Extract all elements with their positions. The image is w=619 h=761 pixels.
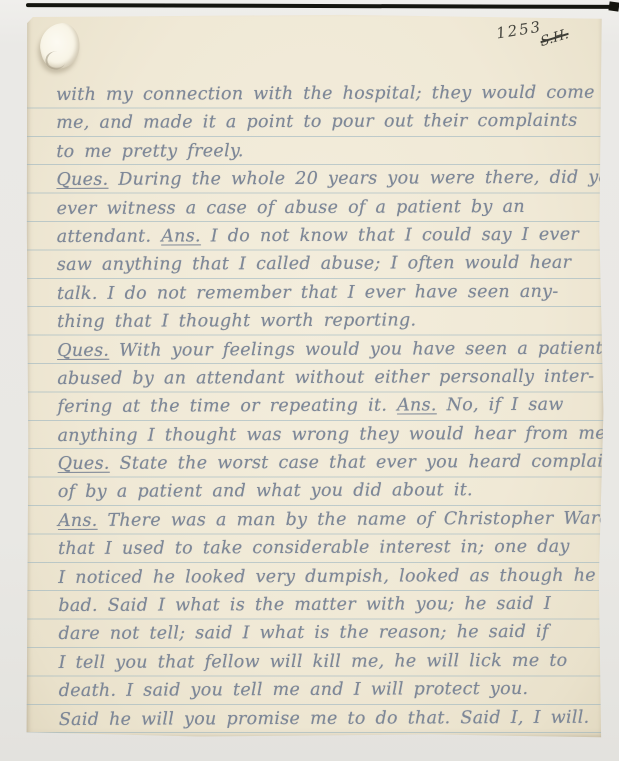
qa-marker: Ans. [161, 226, 201, 246]
manuscript-line: Ans. There was a man by the name of Chri… [58, 503, 619, 534]
qa-marker: Ans. [58, 510, 98, 530]
qa-marker: Ans. [397, 395, 437, 415]
manuscript-line: I tell you that fellow will kill me, he … [58, 645, 619, 676]
qa-marker: Ques. [57, 340, 109, 360]
paper-damage-hole [35, 20, 84, 72]
manuscript-text: with my connection with the hospital; th… [56, 77, 619, 732]
manuscript-line: attendant. Ans. I do not know that I cou… [57, 219, 619, 250]
qa-marker: Ques. [56, 170, 108, 190]
page-initials-mark: S.H. [539, 26, 569, 50]
manuscript-line: Ques. State the worst case that ever you… [58, 446, 619, 477]
manuscript-line: Said he will you promise me to do that. … [59, 702, 619, 733]
manuscript-line: dare not tell; said I what is the reason… [58, 617, 619, 648]
manuscript-line: thing that I thought worth reporting. [57, 304, 619, 335]
manuscript-line: Ques. With your feelings would you have … [57, 333, 619, 364]
manuscript-line: saw anything that I called abuse; I ofte… [57, 247, 619, 278]
manuscript-line: I noticed he looked very dumpish, looked… [58, 560, 619, 591]
manuscript-line: abused by an attendant without either pe… [57, 361, 619, 392]
qa-marker: Ques. [58, 453, 110, 473]
manuscript-line: me, and made it a point to pour out thei… [56, 106, 618, 137]
manuscript-line: death. I said you tell me and I will pro… [59, 673, 619, 704]
manuscript-line: Ques. During the whole 20 years you were… [56, 162, 618, 193]
manuscript-line: anything I thought was wrong they would … [57, 418, 619, 449]
manuscript-line: bad. Said I what is the matter with you;… [58, 588, 619, 619]
scanned-manuscript-photo: 1253 S.H. with my connection with the ho… [0, 0, 619, 761]
manuscript-line: that I used to take considerable interes… [58, 531, 619, 562]
manuscript-paper: 1253 S.H. with my connection with the ho… [26, 13, 604, 738]
manuscript-line: with my connection with the hospital; th… [56, 77, 618, 108]
manuscript-line: of by a patient and what you did about i… [58, 475, 619, 506]
manuscript-line: talk. I do not remember that I ever have… [57, 276, 619, 307]
page-number: 1253 [495, 17, 543, 42]
scan-edge-corner [608, 1, 619, 11]
scan-edge-shadow [26, 3, 618, 9]
manuscript-line: to me pretty freely. [56, 134, 618, 165]
manuscript-line: fering at the time or repeating it. Ans.… [57, 389, 619, 420]
manuscript-line: ever witness a case of abuse of a patien… [56, 191, 618, 222]
